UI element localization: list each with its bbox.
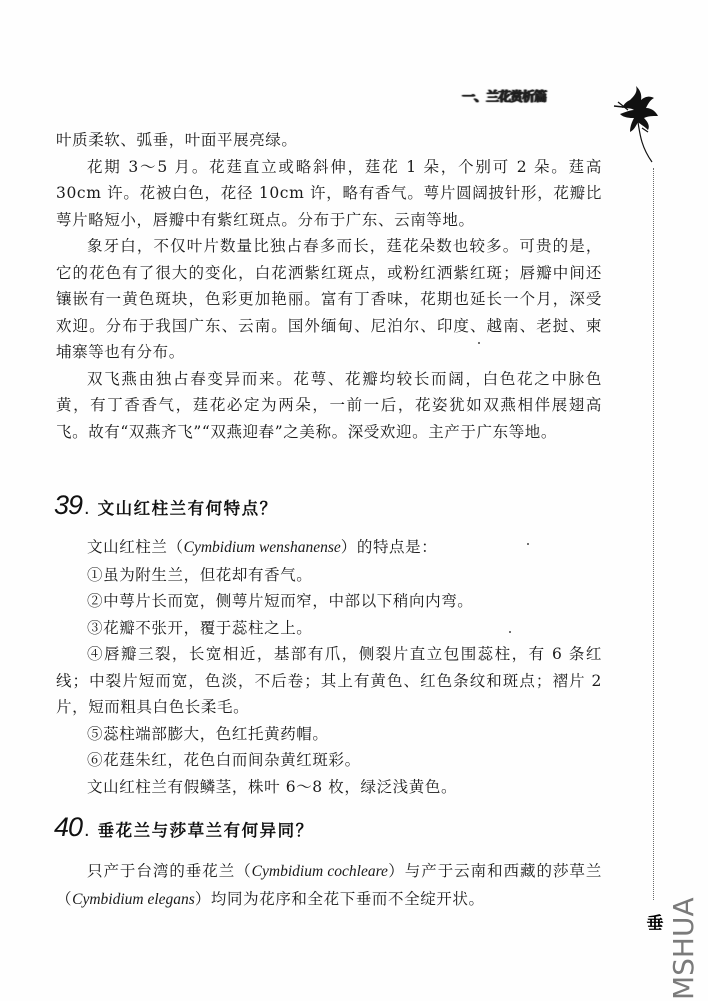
body-text: ）均同为花序和全花下垂而不全绽开状。	[195, 890, 485, 908]
paragraph: 叶质柔软、弧垂，叶面平展亮绿。	[56, 127, 602, 154]
feature-item: ③花瓣不张开，覆于蕊柱之上。	[56, 615, 602, 642]
latin-name: Cymbidium cochleare	[252, 863, 388, 880]
intro-text: ）的特点是：	[341, 538, 438, 556]
orchid-sprig-icon	[608, 82, 664, 164]
body-text: 只产于台湾的垂花兰（	[87, 862, 252, 880]
section-number: 40	[54, 812, 82, 842]
feature-item: ④唇瓣三裂，长宽相近，基部有爪，侧裂片直立包围蕊柱，有 6 条红线；中裂片短而宽…	[56, 641, 602, 721]
feature-item: ①虽为附生兰，但花却有香气。	[56, 562, 602, 589]
watermark-text: MSHUA	[664, 900, 704, 1000]
running-header-title: 一、兰花赏析篇	[462, 86, 592, 108]
paragraph: 花期 3～5 月。花莛直立或略斜伸，莛花 1 朵，个别可 2 朵。莛高 30cm…	[56, 154, 602, 234]
latin-name: Cymbidium elegans	[72, 891, 195, 908]
paragraph: 象牙白，不仅叶片数量比独占春多而长，莛花朵数也较多。可贵的是，它的花色有了很大的…	[56, 233, 602, 366]
latin-name: Cymbidium wenshanense	[184, 539, 341, 556]
feature-item: ⑥花莛朱红，花色白而间杂黄红斑彩。	[56, 747, 602, 774]
feature-item: ⑤蕊柱端部膨大，色红托黄药帽。	[56, 721, 602, 748]
side-thumb-tab: 垂	[645, 912, 665, 936]
section-39-closing: 文山红柱兰有假鳞茎，株叶 6～8 枚，绿泛浅黄色。	[56, 774, 602, 801]
paragraph: 只产于台湾的垂花兰（Cymbidium cochleare）与产于云南和西藏的莎…	[56, 858, 602, 913]
scan-speck	[509, 631, 511, 633]
section-40-body: 只产于台湾的垂花兰（Cymbidium cochleare）与产于云南和西藏的莎…	[56, 858, 602, 913]
section-40-heading: 40.垂花兰与莎草兰有何异同？	[54, 812, 314, 846]
book-page: 一、兰花赏析篇 叶质柔软、弧垂，叶面平展亮绿。 花期 3～5 月。花莛直立或略斜…	[0, 0, 708, 1001]
section-number-dot: .	[84, 497, 90, 519]
intro-text: 文山红柱兰（	[87, 538, 184, 556]
section-39-body: 文山红柱兰（Cymbidium wenshanense）的特点是： ①虽为附生兰…	[56, 534, 602, 800]
paragraph: 双飞燕由独占春变异而来。花萼、花瓣均较长而阔，白色花之中脉色黄，有丁香香气，莛花…	[56, 366, 602, 446]
continuation-text: 叶质柔软、弧垂，叶面平展亮绿。 花期 3～5 月。花莛直立或略斜伸，莛花 1 朵…	[56, 127, 602, 445]
section-title: 垂花兰与莎草兰有何异同？	[98, 821, 314, 840]
scan-speck	[478, 342, 480, 344]
section-number-dot: .	[84, 819, 90, 841]
scan-speck	[527, 543, 529, 545]
section-number: 39	[54, 490, 82, 520]
feature-item: ②中萼片长而宽，侧萼片短而窄，中部以下稍向内弯。	[56, 588, 602, 615]
section-39-heading: 39.文山红柱兰有何特点？	[54, 490, 278, 524]
margin-dotted-rule	[653, 168, 654, 900]
section-39-intro: 文山红柱兰（Cymbidium wenshanense）的特点是：	[56, 534, 602, 562]
section-title: 文山红柱兰有何特点？	[98, 499, 278, 518]
